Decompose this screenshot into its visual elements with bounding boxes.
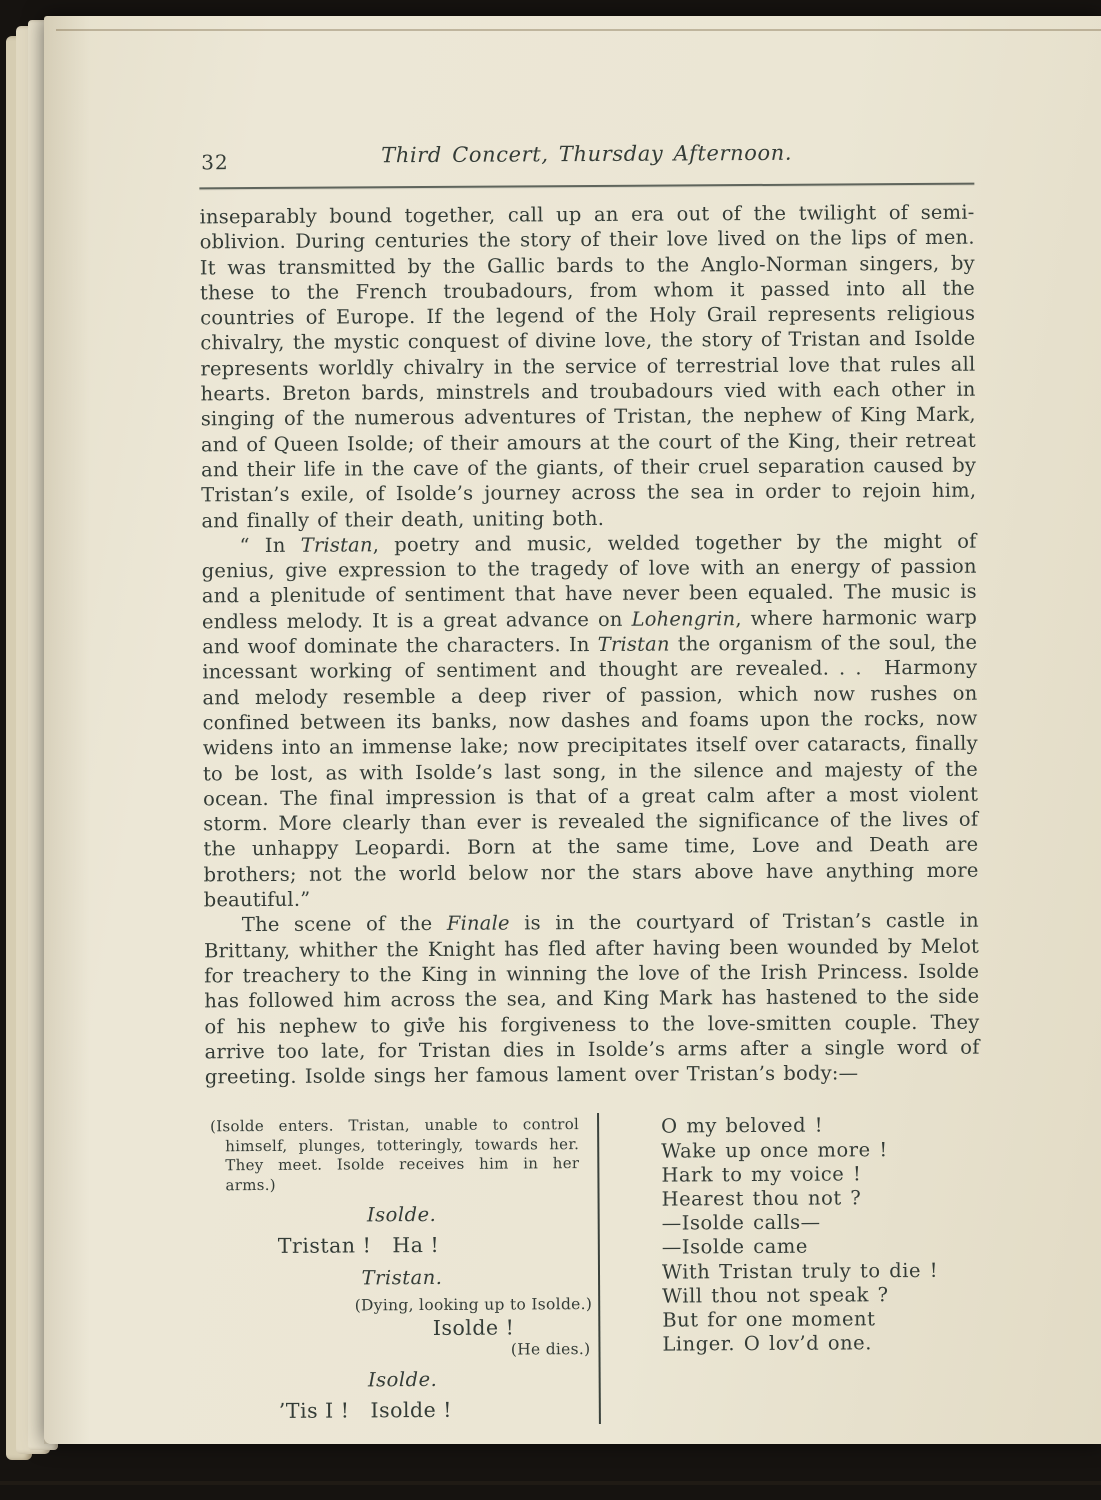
libretto-speaker: Isolde. (207, 1367, 599, 1392)
page-content: 32 Third Concert, Thursday Afternoon. in… (199, 136, 982, 1427)
running-title: Third Concert, Thursday Afternoon. (199, 136, 974, 169)
libretto-stage-direction: (Isolde enters. Tristan, unable to contr… (205, 1115, 579, 1195)
verse-line: With Tristan truly to die ! (662, 1258, 981, 1284)
paragraph-text: inseparably bound together, call up an e… (199, 201, 976, 532)
libretto-direction-far-right: (He dies.) (206, 1340, 598, 1360)
libretto-direction-right: (Dying, looking up to Isolde.) (206, 1295, 598, 1315)
libretto-section: (Isolde enters. Tristan, unable to contr… (205, 1111, 982, 1427)
libretto-speaker: Isolde. (206, 1202, 598, 1227)
book-page: 32 Third Concert, Thursday Afternoon. in… (44, 16, 1101, 1444)
background-table-edge (0, 1481, 1101, 1485)
paragraph-text: The scene of the (242, 912, 447, 936)
paragraph: “ In Tristan, poetry and music, welded t… (201, 528, 978, 912)
ink-speck (428, 1017, 432, 1021)
libretto-dialogue: Tristan ! Ha ! (206, 1232, 598, 1258)
page-header: 32 Third Concert, Thursday Afternoon. (199, 136, 974, 185)
page-number: 32 (201, 150, 229, 174)
italic-title-text: Tristan (301, 533, 373, 556)
italic-title-text: Lohengrin (631, 607, 735, 631)
body-paragraphs: inseparably bound together, call up an e… (199, 200, 979, 1090)
verse-line: Hark to my voice ! (661, 1161, 980, 1187)
verse-line: —Isolde calls— (662, 1210, 981, 1236)
verse-line: Wake up once more ! (661, 1137, 980, 1163)
italic-title-text: Tristan (598, 633, 670, 656)
verse-line: Linger. O lov’d one. (662, 1331, 981, 1357)
page-top-edge-shadow (56, 29, 1101, 31)
paragraph-text: “ In (239, 534, 300, 557)
paragraph: inseparably bound together, call up an e… (199, 200, 976, 534)
libretto-cue-right: Isolde ! (206, 1315, 598, 1341)
paragraph: The scene of the Finale is in the courty… (204, 908, 980, 1090)
verse-line: —Isolde came (662, 1234, 981, 1260)
verse-line: Hearest thou not ? (661, 1186, 980, 1212)
libretto-dialogue: ’Tis I ! Isolde ! (207, 1397, 599, 1423)
italic-title-text: Finale (447, 912, 510, 935)
paragraph-text: the organism of the soul, the incessant … (202, 631, 978, 912)
verse-line: But for one moment (662, 1307, 981, 1333)
libretto-speaker: Tristan. (206, 1265, 598, 1290)
verse-line: O my beloved ! (661, 1113, 980, 1139)
libretto-left-column: (Isolde enters. Tristan, unable to contr… (205, 1113, 599, 1426)
scanned-book-photo: 32 Third Concert, Thursday Afternoon. in… (0, 0, 1101, 1500)
verse-line: Will thou not speak ? (662, 1282, 981, 1308)
libretto-right-column: O my beloved !Wake up once more !Hark to… (597, 1111, 982, 1424)
